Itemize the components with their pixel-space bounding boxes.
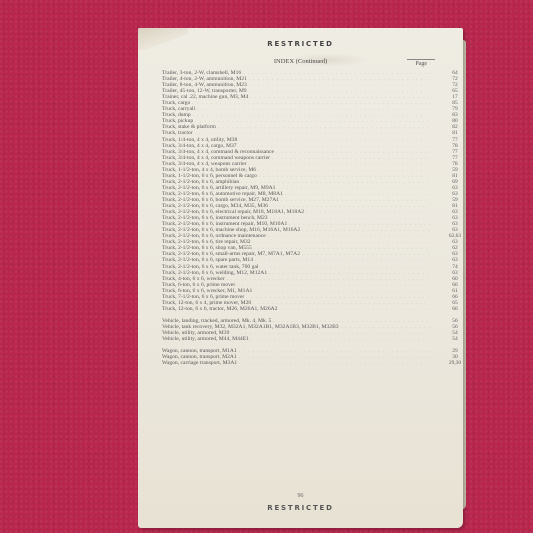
classification-footer: RESTRICTED (138, 504, 463, 512)
entry-label: Wagon, carriage transport, M3A1 (162, 360, 237, 366)
dot-leader (251, 336, 430, 342)
page-column-label: Page (415, 61, 427, 67)
entry-page: 54 (440, 336, 470, 342)
dot-leader (279, 306, 430, 312)
page-column-rule (407, 59, 435, 60)
page-number: 96 (138, 493, 463, 499)
entry-label: Vehicle, utility, armored, M44, M44E1 (162, 336, 249, 342)
document-page: RESTRICTED INDEX (Continued) Page Traile… (138, 28, 463, 528)
index-entry: Wagon, carriage transport, M3A129,30 (162, 360, 432, 366)
entry-page: 66 (440, 306, 470, 312)
index-entry: Vehicle, utility, armored, M44, M44E154 (162, 336, 432, 342)
index-entry: Truck, 12-ton, 6 x 6, tractor, M26, M26A… (162, 306, 432, 312)
classification-header: RESTRICTED (138, 40, 463, 48)
index-entries: Trailer, 3-ton, 2-W, clamshell, M1664Tra… (162, 70, 432, 366)
entry-page: 29,30 (440, 360, 470, 366)
dot-leader (239, 360, 430, 366)
entry-label: Truck, 12-ton, 6 x 6, tractor, M26, M26A… (162, 306, 277, 312)
